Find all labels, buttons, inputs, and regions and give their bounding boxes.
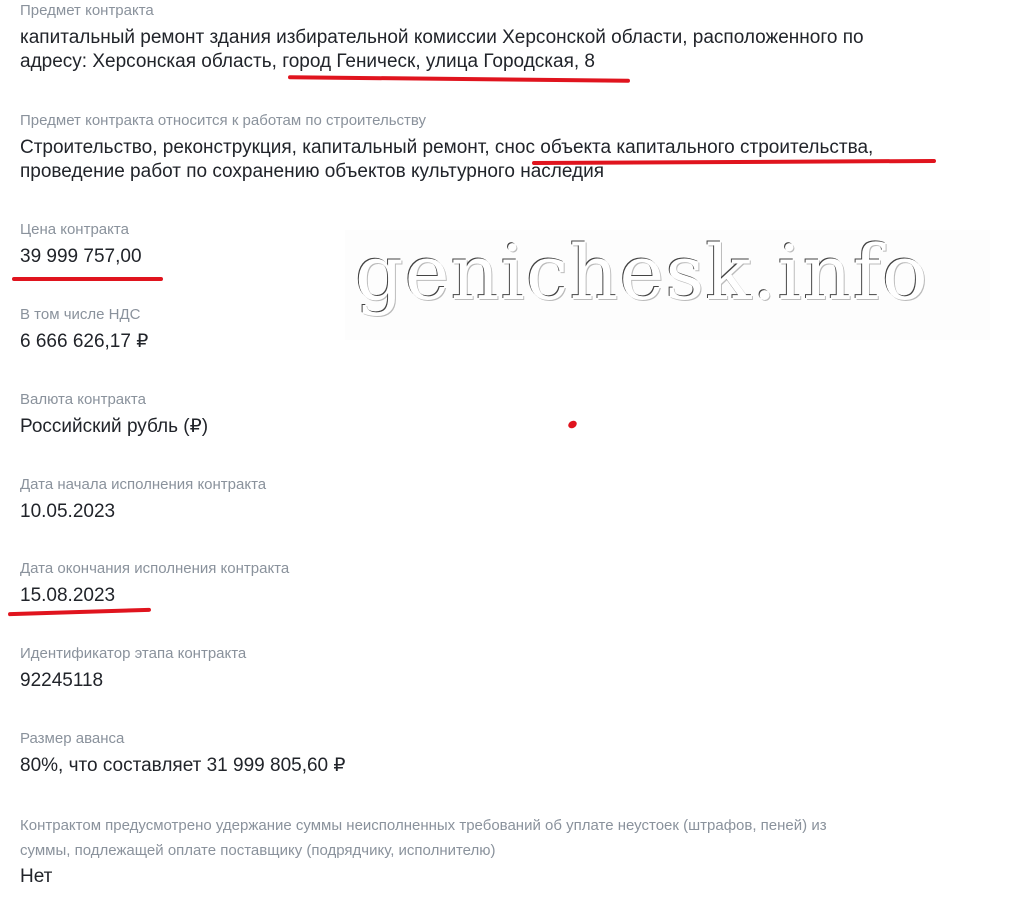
field-label: Дата окончания исполнения контракта (20, 558, 980, 580)
field-value: 80%, что составляет 31 999 805,60 ₽ (20, 754, 980, 778)
field-start-date: Дата начала исполнения контракта 10.05.2… (20, 474, 980, 524)
field-label: Дата начала исполнения контракта (20, 474, 980, 496)
field-vat: В том числе НДС 6 666 626,17 ₽ (20, 304, 980, 354)
annotation-underline-address (288, 75, 630, 83)
value-line: капитальный ремонт здания избирательной … (20, 26, 980, 50)
field-label: Предмет контракта относится к работам по… (20, 110, 980, 132)
field-label: Размер аванса (20, 728, 980, 750)
label-line: суммы, подлежащей оплате поставщику (под… (20, 838, 980, 863)
field-label: Цена контракта (20, 219, 980, 241)
value-line: Строительство, реконструкция, капитальны… (20, 136, 980, 160)
annotation-underline-end-date (8, 608, 151, 616)
annotation-underline-price (12, 277, 163, 281)
field-label: Валюта контракта (20, 389, 980, 411)
field-label: Контрактом предусмотрено удержание суммы… (20, 813, 980, 863)
value-line: проведение работ по сохранению объектов … (20, 160, 980, 184)
field-currency: Валюта контракта Российский рубль (₽) (20, 389, 980, 439)
field-value: 15.08.2023 (20, 584, 980, 608)
field-label: В том числе НДС (20, 304, 980, 326)
field-contract-price: Цена контракта 39 999 757,00 (20, 219, 980, 269)
field-value: 92245118 (20, 669, 980, 693)
field-label: Идентификатор этапа контракта (20, 643, 980, 665)
field-end-date: Дата окончания исполнения контракта 15.0… (20, 558, 980, 608)
field-value: 39 999 757,00 (20, 245, 980, 269)
field-value: Российский рубль (₽) (20, 415, 980, 439)
field-label: Предмет контракта (20, 0, 980, 22)
field-value: 6 666 626,17 ₽ (20, 330, 980, 354)
label-line: Контрактом предусмотрено удержание суммы… (20, 813, 980, 838)
field-value: Нет (20, 865, 980, 889)
field-advance: Размер аванса 80%, что составляет 31 999… (20, 728, 980, 778)
field-withholding: Контрактом предусмотрено удержание суммы… (20, 813, 980, 889)
field-value: 10.05.2023 (20, 500, 980, 524)
field-value: капитальный ремонт здания избирательной … (20, 26, 980, 74)
field-contract-subject: Предмет контракта капитальный ремонт зда… (20, 0, 980, 74)
field-stage-id: Идентификатор этапа контракта 92245118 (20, 643, 980, 693)
field-construction-works: Предмет контракта относится к работам по… (20, 110, 980, 184)
value-line: адресу: Херсонская область, город Гениче… (20, 50, 980, 74)
